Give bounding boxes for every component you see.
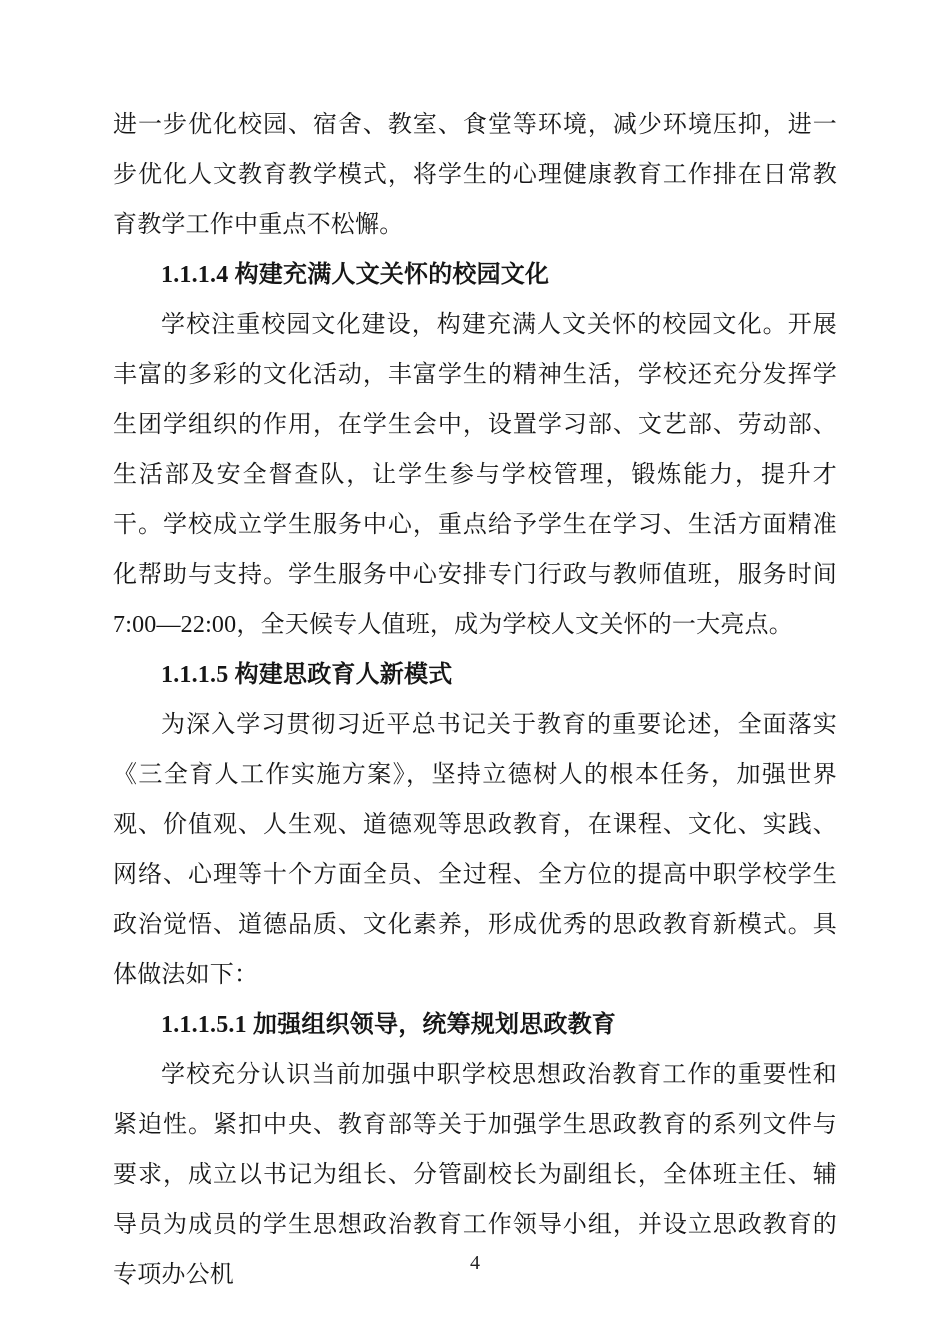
paragraph: 学校注重校园文化建设，构建充满人文关怀的校园文化。开展丰富的多彩的文化活动，丰富… [113, 300, 837, 650]
section-heading-11151: 1.1.1.5.1 加强组织领导，统筹规划思政教育 [113, 1000, 837, 1050]
paragraph: 进一步优化校园、宿舍、教室、食堂等环境，减少环境压抑，进一步优化人文教育教学模式… [113, 100, 837, 250]
section-heading-1114: 1.1.1.4 构建充满人文关怀的校园文化 [113, 250, 837, 300]
paragraph: 为深入学习贯彻习近平总书记关于教育的重要论述，全面落实《三全育人工作实施方案》，… [113, 700, 837, 1000]
section-heading-1115: 1.1.1.5 构建思政育人新模式 [113, 650, 837, 700]
document-page: 进一步优化校园、宿舍、教室、食堂等环境，减少环境压抑，进一步优化人文教育教学模式… [0, 0, 950, 1343]
page-number: 4 [0, 1251, 950, 1275]
document-content: 进一步优化校园、宿舍、教室、食堂等环境，减少环境压抑，进一步优化人文教育教学模式… [113, 100, 837, 1300]
